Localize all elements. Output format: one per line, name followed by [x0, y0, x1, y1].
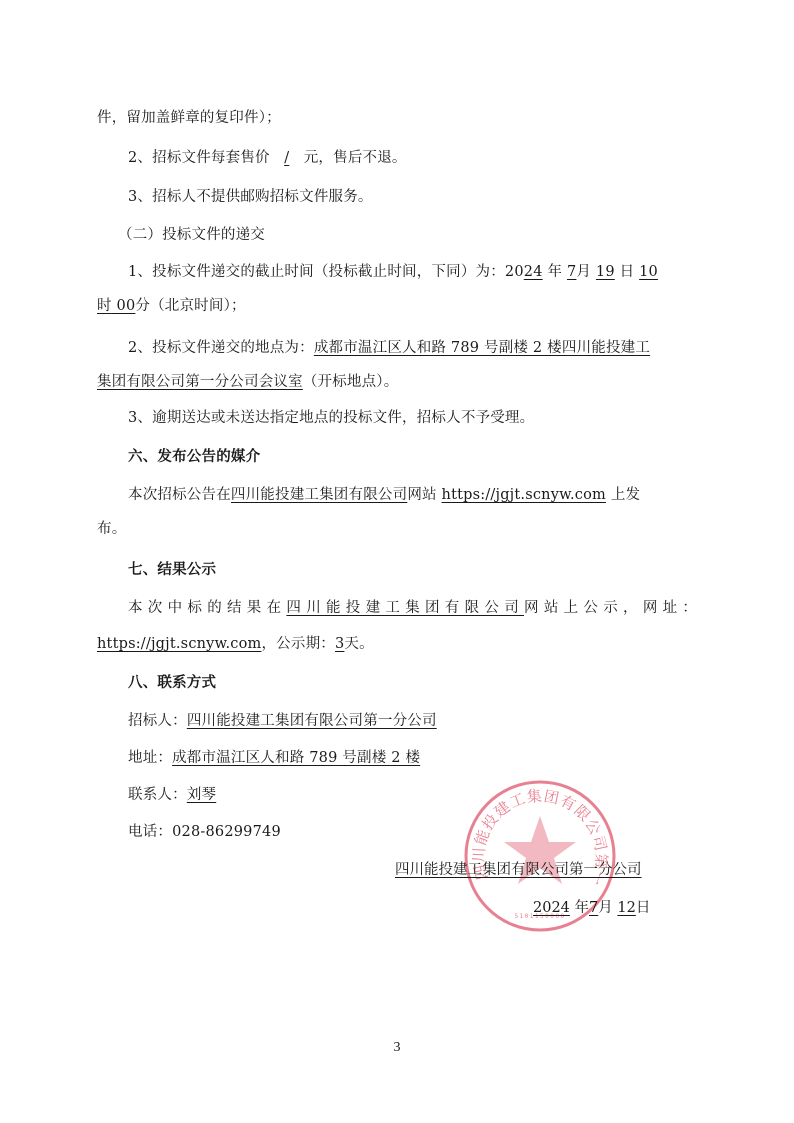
paragraph-media-cont: 布。	[97, 519, 126, 539]
paragraph-deadline: 1、投标文件递交的截止时间（投标截止时间，下同）为：2024 年 7月 19 日…	[128, 262, 658, 282]
paragraph-no-mail: 3、招标人不提供邮购招标文件服务。	[128, 187, 373, 207]
contact-address: 地址：成都市温江区人和路 789 号副楼 2 楼	[128, 748, 420, 768]
company-name: 四川能投建工集团有限公司	[286, 600, 524, 616]
text: 月	[598, 900, 613, 916]
text: 月	[576, 264, 591, 280]
text: 年	[575, 900, 590, 916]
signature-company: 四川能投建工集团有限公司第一分公司	[395, 860, 642, 880]
deadline-hour: 10	[639, 264, 658, 280]
sign-day: 12	[617, 900, 635, 916]
deadline-year: 24	[524, 264, 543, 280]
text: 3、逾期送达或未送达指定地点的投标文件，招标人不予受理。	[128, 410, 534, 426]
text: 本次中标的结果在	[128, 600, 286, 616]
text: 七、结果公示	[128, 562, 216, 578]
publicity-days: 3	[335, 636, 344, 652]
location-room: 集团有限公司第一分公司会议室	[97, 374, 303, 390]
page-number: 3	[0, 1040, 794, 1056]
text: 布。	[97, 521, 126, 537]
text: 元，售后不退。	[304, 150, 407, 166]
paragraph-deadline-cont: 时 00分（北京时间）；	[97, 296, 246, 316]
text: 分（北京时间）；	[135, 298, 245, 314]
section-heading-media: 六、发布公告的媒介	[128, 447, 260, 467]
contact-name: 刘琴	[187, 787, 216, 803]
text: 件，留加盖鲜章的复印件）；	[97, 110, 281, 126]
paragraph-location: 2、投标文件递交的地点为：成都市温江区人和路 789 号副楼 2 楼四川能投建工	[128, 338, 650, 358]
contact-person: 联系人：刘琴	[128, 785, 216, 805]
location-address: 成都市温江区人和路 789 号副楼 2 楼四川能投建工	[314, 340, 650, 356]
text: （二）投标文件的递交	[118, 227, 265, 243]
label: 联系人：	[128, 787, 187, 803]
document-page: 件，留加盖鲜章的复印件）； 2、招标文件每套售价/元，售后不退。 3、招标人不提…	[0, 0, 794, 1123]
address-value: 成都市温江区人和路 789 号副楼 2 楼	[172, 750, 420, 766]
sign-month: 7	[589, 900, 598, 916]
text: 1、投标文件递交的截止时间（投标截止时间，下同）为：20	[128, 264, 524, 280]
paragraph-price: 2、招标文件每套售价/元，售后不退。	[128, 148, 407, 168]
text: 时	[97, 298, 112, 314]
text: ，公示期：	[261, 636, 335, 652]
paragraph-continuation: 件，留加盖鲜章的复印件）；	[97, 108, 281, 128]
text: 2、招标文件每套售价	[128, 150, 270, 166]
text: 天。	[344, 636, 373, 652]
paragraph-late: 3、逾期送达或未送达指定地点的投标文件，招标人不予受理。	[128, 408, 534, 428]
paragraph-results-cont: https://jgjt.scnyw.com，公示期：3天。	[97, 634, 374, 654]
website-link[interactable]: https://jgjt.scnyw.com	[442, 487, 606, 503]
text: 网站上公示，网址：	[524, 600, 702, 616]
company-name: 四川能投建工集团有限公司	[231, 487, 407, 503]
paragraph-location-cont: 集团有限公司第一分公司会议室（开标地点）。	[97, 372, 398, 392]
text: 日	[620, 264, 635, 280]
text: 3、招标人不提供邮购招标文件服务。	[128, 189, 373, 205]
deadline-month: 7	[567, 264, 576, 280]
contact-phone: 电话：028-86299749	[128, 822, 281, 842]
deadline-day: 19	[596, 264, 615, 280]
signature-date: 2024 年7月 12日	[533, 898, 650, 918]
signing-company: 四川能投建工集团有限公司第一分公司	[395, 862, 642, 878]
section-heading-results: 七、结果公示	[128, 560, 216, 580]
tenderer-name: 四川能投建工集团有限公司第一分公司	[187, 713, 437, 729]
text: 六、发布公告的媒介	[128, 449, 260, 465]
website-link[interactable]: https://jgjt.scnyw.com	[97, 636, 261, 652]
text: （开标地点）。	[303, 374, 399, 390]
text: 2、投标文件递交的地点为：	[128, 340, 314, 356]
text: 日	[636, 900, 651, 916]
text: 八、联系方式	[128, 675, 216, 691]
paragraph-media: 本次招标公告在四川能投建工集团有限公司网站 https://jgjt.scnyw…	[128, 485, 640, 505]
text: 年	[547, 264, 562, 280]
label: 招标人：	[128, 713, 187, 729]
sign-year: 2024	[533, 900, 570, 916]
text: 上发	[606, 487, 640, 503]
section-heading-contact: 八、联系方式	[128, 673, 216, 693]
text: 网站	[407, 487, 441, 503]
contact-tenderer: 招标人：四川能投建工集团有限公司第一分公司	[128, 711, 437, 731]
deadline-time: 时 00	[97, 298, 135, 314]
label: 地址：	[128, 750, 172, 766]
subsection-title: （二）投标文件的递交	[118, 225, 265, 245]
phone-number: 028-86299749	[172, 824, 281, 840]
deadline-minute: 00	[117, 298, 136, 314]
text: 本次招标公告在	[128, 487, 231, 503]
paragraph-results: 本次中标的结果在四川能投建工集团有限公司网站上公示，网址：	[128, 598, 702, 618]
label: 电话：	[128, 824, 172, 840]
price-blank: /	[270, 148, 304, 168]
